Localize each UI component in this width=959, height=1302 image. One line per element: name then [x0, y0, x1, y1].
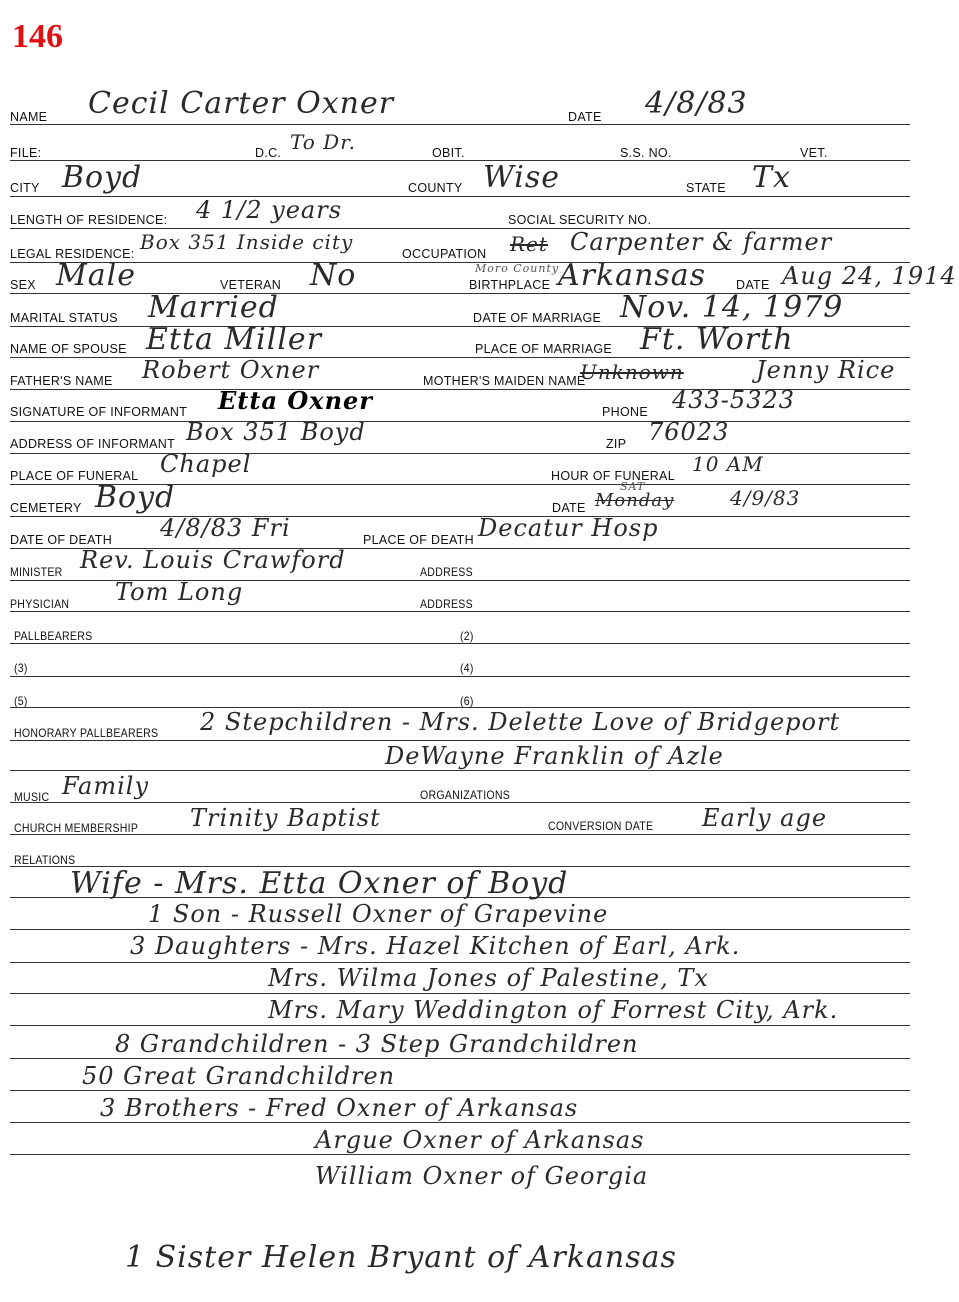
- cemetery-label: CEMETERY: [10, 501, 82, 515]
- file-label: FILE:: [10, 146, 41, 160]
- rule: [10, 993, 910, 994]
- obit-label: OBIT.: [432, 146, 465, 160]
- funeral-date-value[interactable]: 4/9/83: [730, 486, 800, 510]
- date-of-marriage-label: DATE OF MARRIAGE: [473, 311, 601, 325]
- honorary-pallbearers-line-1[interactable]: 2 Stepchildren - Mrs. Delette Love of Br…: [200, 708, 840, 736]
- hour-of-funeral-label: HOUR OF FUNERAL: [551, 469, 675, 483]
- relations-label: RELATIONS: [14, 853, 75, 867]
- rule: [10, 676, 910, 677]
- date-value[interactable]: 4/8/83: [645, 86, 748, 121]
- place-of-marriage-value[interactable]: Ft. Worth: [640, 322, 794, 357]
- minister-value[interactable]: Rev. Louis Crawford: [80, 546, 346, 574]
- city-label: CITY: [10, 181, 40, 195]
- rule: [10, 643, 910, 644]
- rule: [10, 453, 910, 454]
- address-of-informant-label: ADDRESS OF INFORMANT: [10, 437, 175, 451]
- occupation-value[interactable]: Carpenter & farmer: [570, 228, 832, 256]
- signature-of-informant-label: SIGNATURE OF INFORMANT: [10, 405, 187, 419]
- relations-line[interactable]: 1 Sister Helen Bryant of Arkansas: [125, 1240, 677, 1275]
- county-value[interactable]: Wise: [483, 160, 560, 195]
- relations-line[interactable]: 3 Brothers - Fred Oxner of Arkansas: [100, 1094, 578, 1122]
- funeral-date-label: DATE: [552, 501, 586, 515]
- dc-value[interactable]: To Dr.: [290, 130, 356, 154]
- signature-of-informant-value[interactable]: Etta Oxner: [218, 386, 373, 415]
- name-of-spouse-value[interactable]: Etta Miller: [146, 322, 322, 357]
- veteran-value[interactable]: No: [310, 258, 356, 293]
- rule: [10, 962, 910, 963]
- name-label: NAME: [10, 110, 47, 124]
- rule: [10, 262, 910, 263]
- zip-label: ZIP: [606, 437, 626, 451]
- rule: [10, 516, 910, 517]
- rule: [10, 834, 910, 835]
- date-of-death-label: DATE OF DEATH: [10, 533, 112, 547]
- music-value[interactable]: Family: [62, 772, 149, 800]
- funeral-date-struck-value: Monday: [595, 490, 674, 511]
- music-label: MUSIC: [14, 790, 49, 804]
- place-of-funeral-value[interactable]: Chapel: [160, 450, 251, 478]
- rule: [10, 421, 910, 422]
- zip-value[interactable]: 76023: [648, 418, 729, 446]
- birthplace-label: BIRTHPLACE: [469, 278, 550, 292]
- rule: [10, 1025, 910, 1026]
- honorary-pallbearers-line-2[interactable]: DeWayne Franklin of Azle: [385, 742, 724, 770]
- phone-label: PHONE: [602, 405, 648, 419]
- rule: [10, 770, 910, 771]
- relations-line[interactable]: William Oxner of Georgia: [315, 1162, 648, 1190]
- relations-line[interactable]: Wife - Mrs. Etta Oxner of Boyd: [70, 866, 568, 901]
- rule: [10, 1154, 910, 1155]
- pallbearer-5-label: (5): [14, 694, 28, 708]
- page-number: 146: [12, 18, 63, 56]
- rule: [10, 802, 910, 803]
- place-of-death-value[interactable]: Decatur Hosp: [478, 514, 658, 542]
- relations-line[interactable]: 8 Grandchildren - 3 Step Grandchildren: [115, 1030, 638, 1058]
- social-security-no-label: SOCIAL SECURITY NO.: [508, 213, 651, 227]
- honorary-pallbearers-label: HONORARY PALLBEARERS: [14, 726, 158, 740]
- pallbearer-2-label: (2): [460, 629, 474, 643]
- minister-address-label: ADDRESS: [420, 565, 473, 579]
- name-value[interactable]: Cecil Carter Oxner: [88, 86, 394, 121]
- relations-line[interactable]: Argue Oxner of Arkansas: [315, 1126, 644, 1154]
- address-of-informant-value[interactable]: Box 351 Boyd: [186, 418, 366, 446]
- rule: [10, 124, 910, 125]
- mothers-maiden-name-value[interactable]: Jenny Rice: [756, 356, 895, 384]
- state-label: STATE: [686, 181, 726, 195]
- hour-of-funeral-value[interactable]: 10 AM: [692, 452, 764, 476]
- birthplace-value[interactable]: Arkansas: [558, 258, 706, 293]
- ss-no-label: S.S. NO.: [620, 146, 672, 160]
- church-membership-value[interactable]: Trinity Baptist: [190, 804, 381, 832]
- conversion-date-label: CONVERSION DATE: [548, 819, 653, 833]
- occupation-label: OCCUPATION: [402, 247, 486, 261]
- state-value[interactable]: Tx: [752, 160, 791, 195]
- rule: [10, 1058, 910, 1059]
- physician-value[interactable]: Tom Long: [115, 578, 243, 606]
- rule: [10, 929, 910, 930]
- organizations-label: ORGANIZATIONS: [420, 788, 510, 802]
- date-of-death-value[interactable]: 4/8/83 Fri: [160, 514, 291, 542]
- birth-date-value[interactable]: Aug 24, 1914: [782, 262, 957, 290]
- relations-line[interactable]: 3 Daughters - Mrs. Hazel Kitchen of Earl…: [130, 932, 740, 960]
- pallbearer-4-label: (4): [460, 661, 474, 675]
- pallbearer-3-label: (3): [14, 661, 28, 675]
- pallbearer-6-label: (6): [460, 694, 474, 708]
- fathers-name-label: FATHER'S NAME: [10, 374, 113, 388]
- relations-line[interactable]: 1 Son - Russell Oxner of Grapevine: [148, 900, 608, 928]
- phone-value[interactable]: 433-5323: [672, 386, 795, 414]
- conversion-date-value[interactable]: Early age: [702, 804, 827, 832]
- dc-label: D.C.: [255, 146, 281, 160]
- pallbearers-label: PALLBEARERS: [14, 629, 92, 643]
- cemetery-value[interactable]: Boyd: [95, 480, 175, 515]
- rule: [10, 196, 910, 197]
- relations-line[interactable]: Mrs. Mary Weddington of Forrest City, Ar…: [268, 996, 838, 1024]
- relations-line[interactable]: 50 Great Grandchildren: [82, 1062, 395, 1090]
- fathers-name-value[interactable]: Robert Oxner: [142, 356, 319, 384]
- mothers-maiden-name-struck-value: Unknown: [580, 360, 684, 384]
- city-value[interactable]: Boyd: [62, 160, 142, 195]
- name-of-spouse-label: NAME OF SPOUSE: [10, 342, 127, 356]
- rule: [10, 740, 910, 741]
- physician-label: PHYSICIAN: [10, 597, 69, 611]
- sex-label: SEX: [10, 278, 36, 292]
- county-label: COUNTY: [408, 181, 463, 195]
- rule: [10, 611, 910, 612]
- occupation-struck-value: Ret: [510, 232, 548, 256]
- legal-residence-value[interactable]: Box 351 Inside city: [140, 230, 353, 254]
- length-of-residence-label: LENGTH OF RESIDENCE:: [10, 213, 167, 227]
- date-of-marriage-value[interactable]: Nov. 14, 1979: [620, 290, 843, 325]
- relations-line[interactable]: Mrs. Wilma Jones of Palestine, Tx: [268, 964, 709, 992]
- marital-status-label: MARITAL STATUS: [10, 311, 118, 325]
- church-membership-label: CHURCH MEMBERSHIP: [14, 821, 138, 835]
- minister-label: MINISTER: [10, 565, 63, 579]
- date-label: DATE: [568, 110, 602, 124]
- marital-status-value[interactable]: Married: [148, 290, 279, 325]
- length-of-residence-value[interactable]: 4 1/2 years: [196, 196, 342, 224]
- birthplace-note: Moro County: [475, 262, 559, 275]
- place-of-marriage-label: PLACE OF MARRIAGE: [475, 342, 612, 356]
- place-of-death-label: PLACE OF DEATH: [363, 533, 474, 547]
- rule: [10, 1122, 910, 1123]
- vet-label: VET.: [800, 146, 828, 160]
- physician-address-label: ADDRESS: [420, 597, 473, 611]
- rule: [10, 1090, 910, 1091]
- sex-value[interactable]: Male: [56, 258, 136, 293]
- mothers-maiden-name-label: MOTHER'S MAIDEN NAME: [423, 374, 586, 388]
